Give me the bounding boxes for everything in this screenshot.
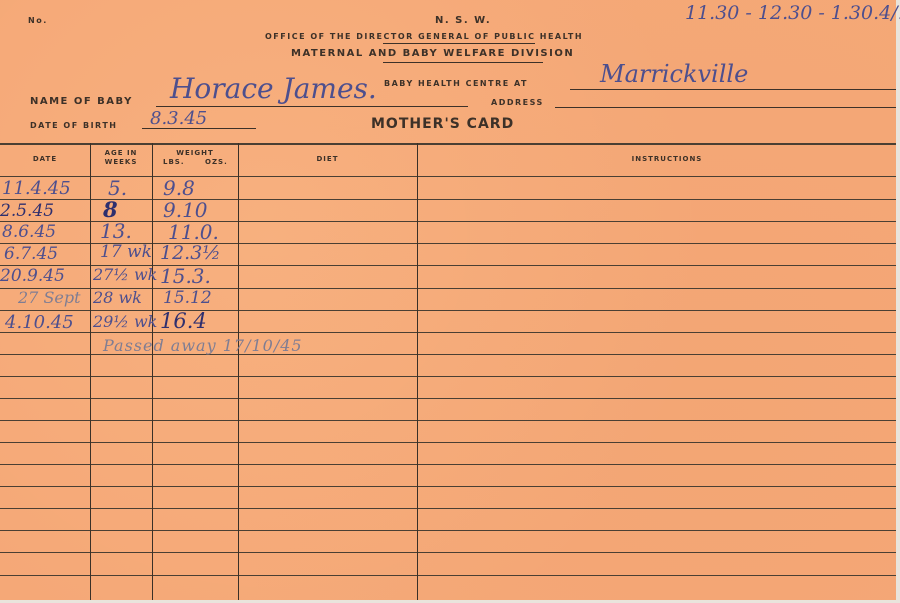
row-line: [0, 310, 896, 311]
mothers-card: No. N. S. W. OFFICE OF THE DIRECTOR GENE…: [0, 0, 896, 600]
row-2-weight: 9.10: [163, 198, 208, 222]
office-underline: [383, 43, 535, 44]
row-7-weight: 16.4: [160, 309, 207, 333]
row-6-age: 28 wk: [93, 288, 142, 307]
row-1-date: 11.4.45: [2, 178, 71, 199]
row-4-date: 6.7.45: [4, 244, 58, 264]
number-label: No.: [28, 16, 48, 25]
row-line: [0, 552, 896, 553]
column-divider-diet: [417, 143, 418, 600]
column-divider-weight: [238, 143, 239, 600]
baby-name-field-line: [156, 106, 468, 107]
row-line: [0, 486, 896, 487]
header-instructions: INSTRUCTIONS: [417, 155, 900, 163]
header-age-line2: WEEKS: [90, 158, 152, 166]
column-divider-date: [90, 143, 91, 600]
header-weight: WEIGHT: [152, 149, 238, 157]
row-line: [0, 530, 896, 531]
column-divider-age: [152, 143, 153, 600]
row-6-date: 27 Sept: [18, 288, 81, 307]
table-top-border: [0, 143, 896, 145]
header-diet: DIET: [238, 155, 417, 163]
baby-name-label: NAME OF BABY: [30, 96, 133, 107]
row-2-date: 2.5.45: [0, 201, 54, 221]
row-7-date: 4.10.45: [5, 312, 74, 333]
row-5-age: 27½ wk: [93, 265, 157, 284]
row-1-weight: 9.8: [163, 176, 195, 200]
centre-field-line: [570, 89, 896, 90]
row-line: [0, 221, 896, 222]
row-5-weight: 15.3.: [160, 264, 211, 288]
row-line: [0, 575, 896, 576]
division-label: MATERNAL AND BABY WELFARE DIVISION: [291, 48, 574, 59]
row-line: [0, 508, 896, 509]
baby-name-value: Horace James.: [170, 72, 377, 105]
division-underline: [383, 62, 543, 63]
header-weight-lbs: LBS.: [163, 158, 185, 166]
row-5-date: 20.9.45: [0, 266, 65, 286]
row-6-weight: 15.12: [163, 288, 212, 308]
row-4-age: 17 wk: [100, 242, 152, 262]
state-label: N. S. W.: [435, 15, 491, 26]
header-age-line1: AGE IN: [90, 149, 152, 157]
office-label: OFFICE OF THE DIRECTOR GENERAL OF PUBLIC…: [265, 32, 583, 41]
handwritten-times: 11.30 - 12.30 - 1.30.4/.: [685, 2, 900, 24]
row-3-age: 13.: [100, 219, 132, 243]
table-header-divider: [0, 176, 896, 177]
row-line: [0, 199, 896, 200]
row-line: [0, 420, 896, 421]
row-line: [0, 464, 896, 465]
header-weight-ozs: OZS.: [205, 158, 228, 166]
centre-value: Marrickville: [600, 60, 748, 88]
row-line: [0, 332, 896, 333]
row-line: [0, 376, 896, 377]
card-title: MOTHER'S CARD: [371, 116, 514, 132]
row-line: [0, 398, 896, 399]
address-field-line: [555, 107, 896, 108]
row-3-date: 8.6.45: [2, 222, 56, 242]
centre-label: BABY HEALTH CENTRE AT: [384, 79, 528, 88]
row-line: [0, 442, 896, 443]
row-4-weight: 12.3½: [160, 242, 221, 264]
row-7-age: 29½ wk: [93, 312, 157, 331]
header-date: DATE: [0, 155, 90, 163]
address-label: ADDRESS: [491, 98, 544, 107]
dob-label: DATE OF BIRTH: [30, 121, 118, 130]
passed-away-note: Passed away 17/10/45: [103, 336, 303, 355]
dob-value: 8.3.45: [150, 108, 207, 129]
row-3-weight: 11.0.: [168, 220, 219, 244]
